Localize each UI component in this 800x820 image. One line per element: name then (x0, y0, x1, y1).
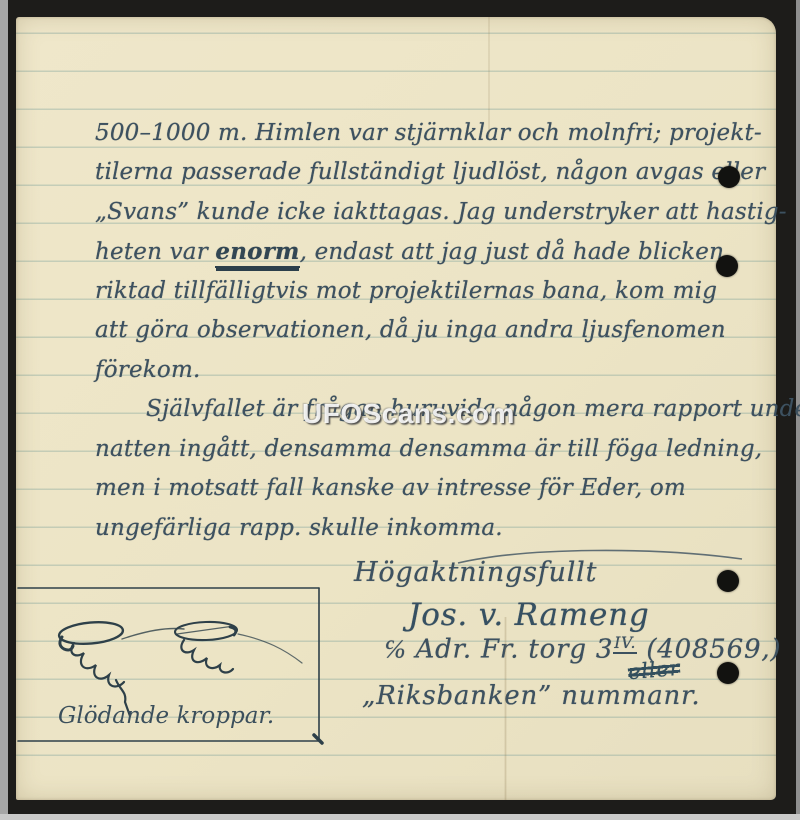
handwriting-line: heten var enorm, endast att jag just då … (95, 238, 724, 265)
smoke-squiggle-right (181, 640, 233, 672)
paper-crease (488, 17, 490, 137)
handwriting-line: „Svans” kunde icke iakttagas. Jag unders… (95, 199, 787, 225)
emphasis-underlined-word: enorm (215, 238, 299, 268)
signature: Jos. v. Rameng (408, 597, 650, 633)
glowing-body-right (175, 621, 238, 641)
hole-punch (717, 570, 739, 592)
handwriting-line: men i motsatt fall kanske av intresse fö… (95, 475, 686, 501)
handwriting-line: ungefärliga rapp. skulle inkomma. (95, 515, 503, 541)
hole-punch (717, 662, 739, 684)
salutation: Högaktningsfullt (354, 557, 597, 588)
floor-superscript: IV. (613, 634, 637, 654)
glowing-body-right-foldline (177, 626, 234, 634)
hole-punch (718, 166, 740, 188)
scan-edge-bottom (0, 814, 800, 820)
scan-edge-left (0, 0, 8, 816)
ruled-paper: 500–1000 m. Himlen var stjärnklar och mo… (16, 17, 776, 800)
paper-crease (504, 617, 507, 800)
ufoscans-watermark: UFOScans.com (302, 398, 515, 430)
bank-name-line: „Riksbanken” nummanr. (362, 681, 700, 711)
address-text: ℅ Adr. Fr. torg 3 (384, 635, 613, 665)
handwriting-line: förekom. (95, 357, 200, 383)
handwriting-line: 500–1000 m. Himlen var stjärnklar och mo… (95, 120, 762, 146)
address-line: ℅ Adr. Fr. torg 3IV. (408569,) (384, 634, 781, 665)
handwriting-line: att göra observationen, då ju inga andra… (95, 317, 726, 343)
trail-stroke (238, 634, 302, 663)
emphasis-pre: heten var (95, 239, 215, 265)
scanned-letter-page: { "watermark": { "text": "UFOScans.com" … (0, 0, 800, 820)
handwriting-line: natten ingått, densamma densamma är till… (95, 436, 762, 462)
sketch-caption: Glödande kroppar. (58, 703, 274, 729)
handwriting-line: riktad tillfälligtvis mot projektilernas… (95, 278, 717, 304)
glowing-body-left (58, 620, 124, 646)
struck-word: eller (627, 656, 681, 684)
hole-punch (716, 255, 738, 277)
handwriting-line: tilerna passerade fullständigt ljudlöst,… (95, 159, 765, 185)
emphasis-post: , endast att jag just då hade blicken (300, 239, 725, 265)
